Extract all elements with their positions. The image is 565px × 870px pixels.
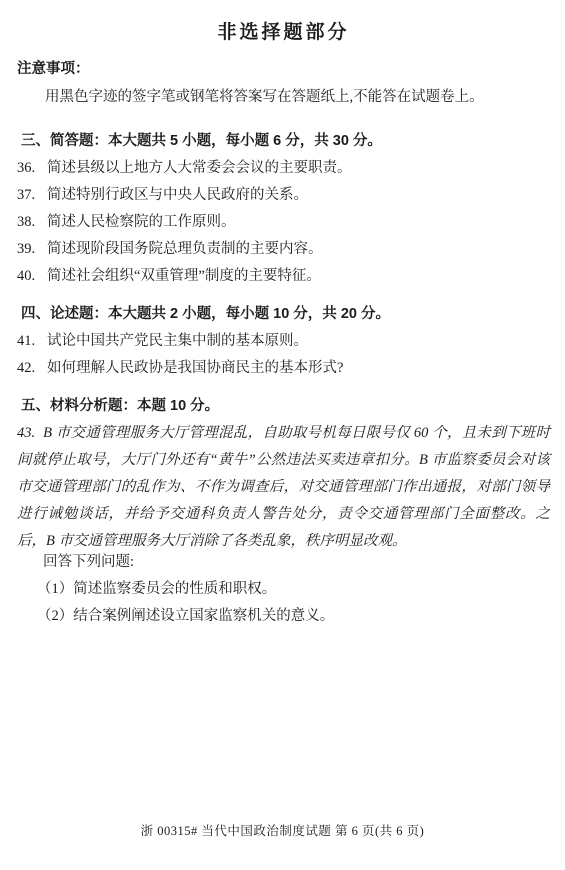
section-heading: 三、简答题：本大题共 5 小题，每小题 6 分，共 30 分。 <box>17 128 550 155</box>
question-number: 40. <box>17 263 47 290</box>
question-row: 41. 试论中国共产党民主集中制的基本原则。 <box>17 328 550 355</box>
question-number: 43. <box>17 425 35 441</box>
question-number: 37. <box>17 182 47 209</box>
question-row: 40. 简述社会组织“双重管理”制度的主要特征。 <box>17 263 550 290</box>
question-row: 42. 如何理解人民政协是我国协商民主的基本形式? <box>17 355 550 382</box>
sub-question: （1）简述监察委员会的性质和职权。 <box>37 576 550 603</box>
section-material-analysis: 五、材料分析题：本题 10 分。 43.B 市交通管理服务大厅管理混乱，自助取号… <box>17 393 550 630</box>
sub-question: （2）结合案例阐述设立国家监察机关的意义。 <box>37 603 550 630</box>
question-number: 41. <box>17 328 47 355</box>
question-text: 简述现阶段国务院总理负责制的主要内容。 <box>47 236 550 263</box>
material-text: B 市交通管理服务大厅管理混乱，自助取号机每日限号仅 60 个，且未到下班时间就… <box>17 425 550 549</box>
page-content: 非选择题部分 注意事项： 用黑色字迹的签字笔或钢笔将答案写在答题纸上,不能答在试… <box>0 0 565 630</box>
question-text: 简述特别行政区与中央人民政府的关系。 <box>47 182 550 209</box>
question-number: 36. <box>17 155 47 182</box>
question-text: 试论中国共产党民主集中制的基本原则。 <box>47 328 550 355</box>
question-number: 38. <box>17 209 47 236</box>
question-number: 39. <box>17 236 47 263</box>
question-row: 39. 简述现阶段国务院总理负责制的主要内容。 <box>17 236 550 263</box>
section-heading: 四、论述题：本大题共 2 小题，每小题 10 分，共 20 分。 <box>17 301 550 328</box>
question-text: 简述人民检察院的工作原则。 <box>47 209 550 236</box>
notice-body: 用黑色字迹的签字笔或钢笔将答案写在答题纸上,不能答在试题卷上。 <box>17 85 550 109</box>
exam-paper-page: 非选择题部分 注意事项： 用黑色字迹的签字笔或钢笔将答案写在答题纸上,不能答在试… <box>0 0 565 870</box>
question-row: 38. 简述人民检察院的工作原则。 <box>17 209 550 236</box>
notice-heading: 注意事项： <box>17 60 550 78</box>
question-number: 42. <box>17 355 47 382</box>
section-short-answer: 三、简答题：本大题共 5 小题，每小题 6 分，共 30 分。 36. 简述县级… <box>17 128 550 290</box>
section-heading: 五、材料分析题：本题 10 分。 <box>17 393 550 420</box>
page-title: 非选择题部分 <box>17 20 550 46</box>
question-text: 简述社会组织“双重管理”制度的主要特征。 <box>47 263 550 290</box>
question-row: 37. 简述特别行政区与中央人民政府的关系。 <box>17 182 550 209</box>
question-text: 如何理解人民政协是我国协商民主的基本形式? <box>47 355 550 382</box>
section-essay: 四、论述题：本大题共 2 小题，每小题 10 分，共 20 分。 41. 试论中… <box>17 301 550 382</box>
question-text: 简述县级以上地方人大常委会会议的主要职责。 <box>47 155 550 182</box>
page-footer: 浙 00315# 当代中国政治制度试题 第 6 页(共 6 页) <box>0 823 565 839</box>
material-paragraph: 43.B 市交通管理服务大厅管理混乱，自助取号机每日限号仅 60 个，且未到下班… <box>17 420 550 555</box>
question-row: 36. 简述县级以上地方人大常委会会议的主要职责。 <box>17 155 550 182</box>
